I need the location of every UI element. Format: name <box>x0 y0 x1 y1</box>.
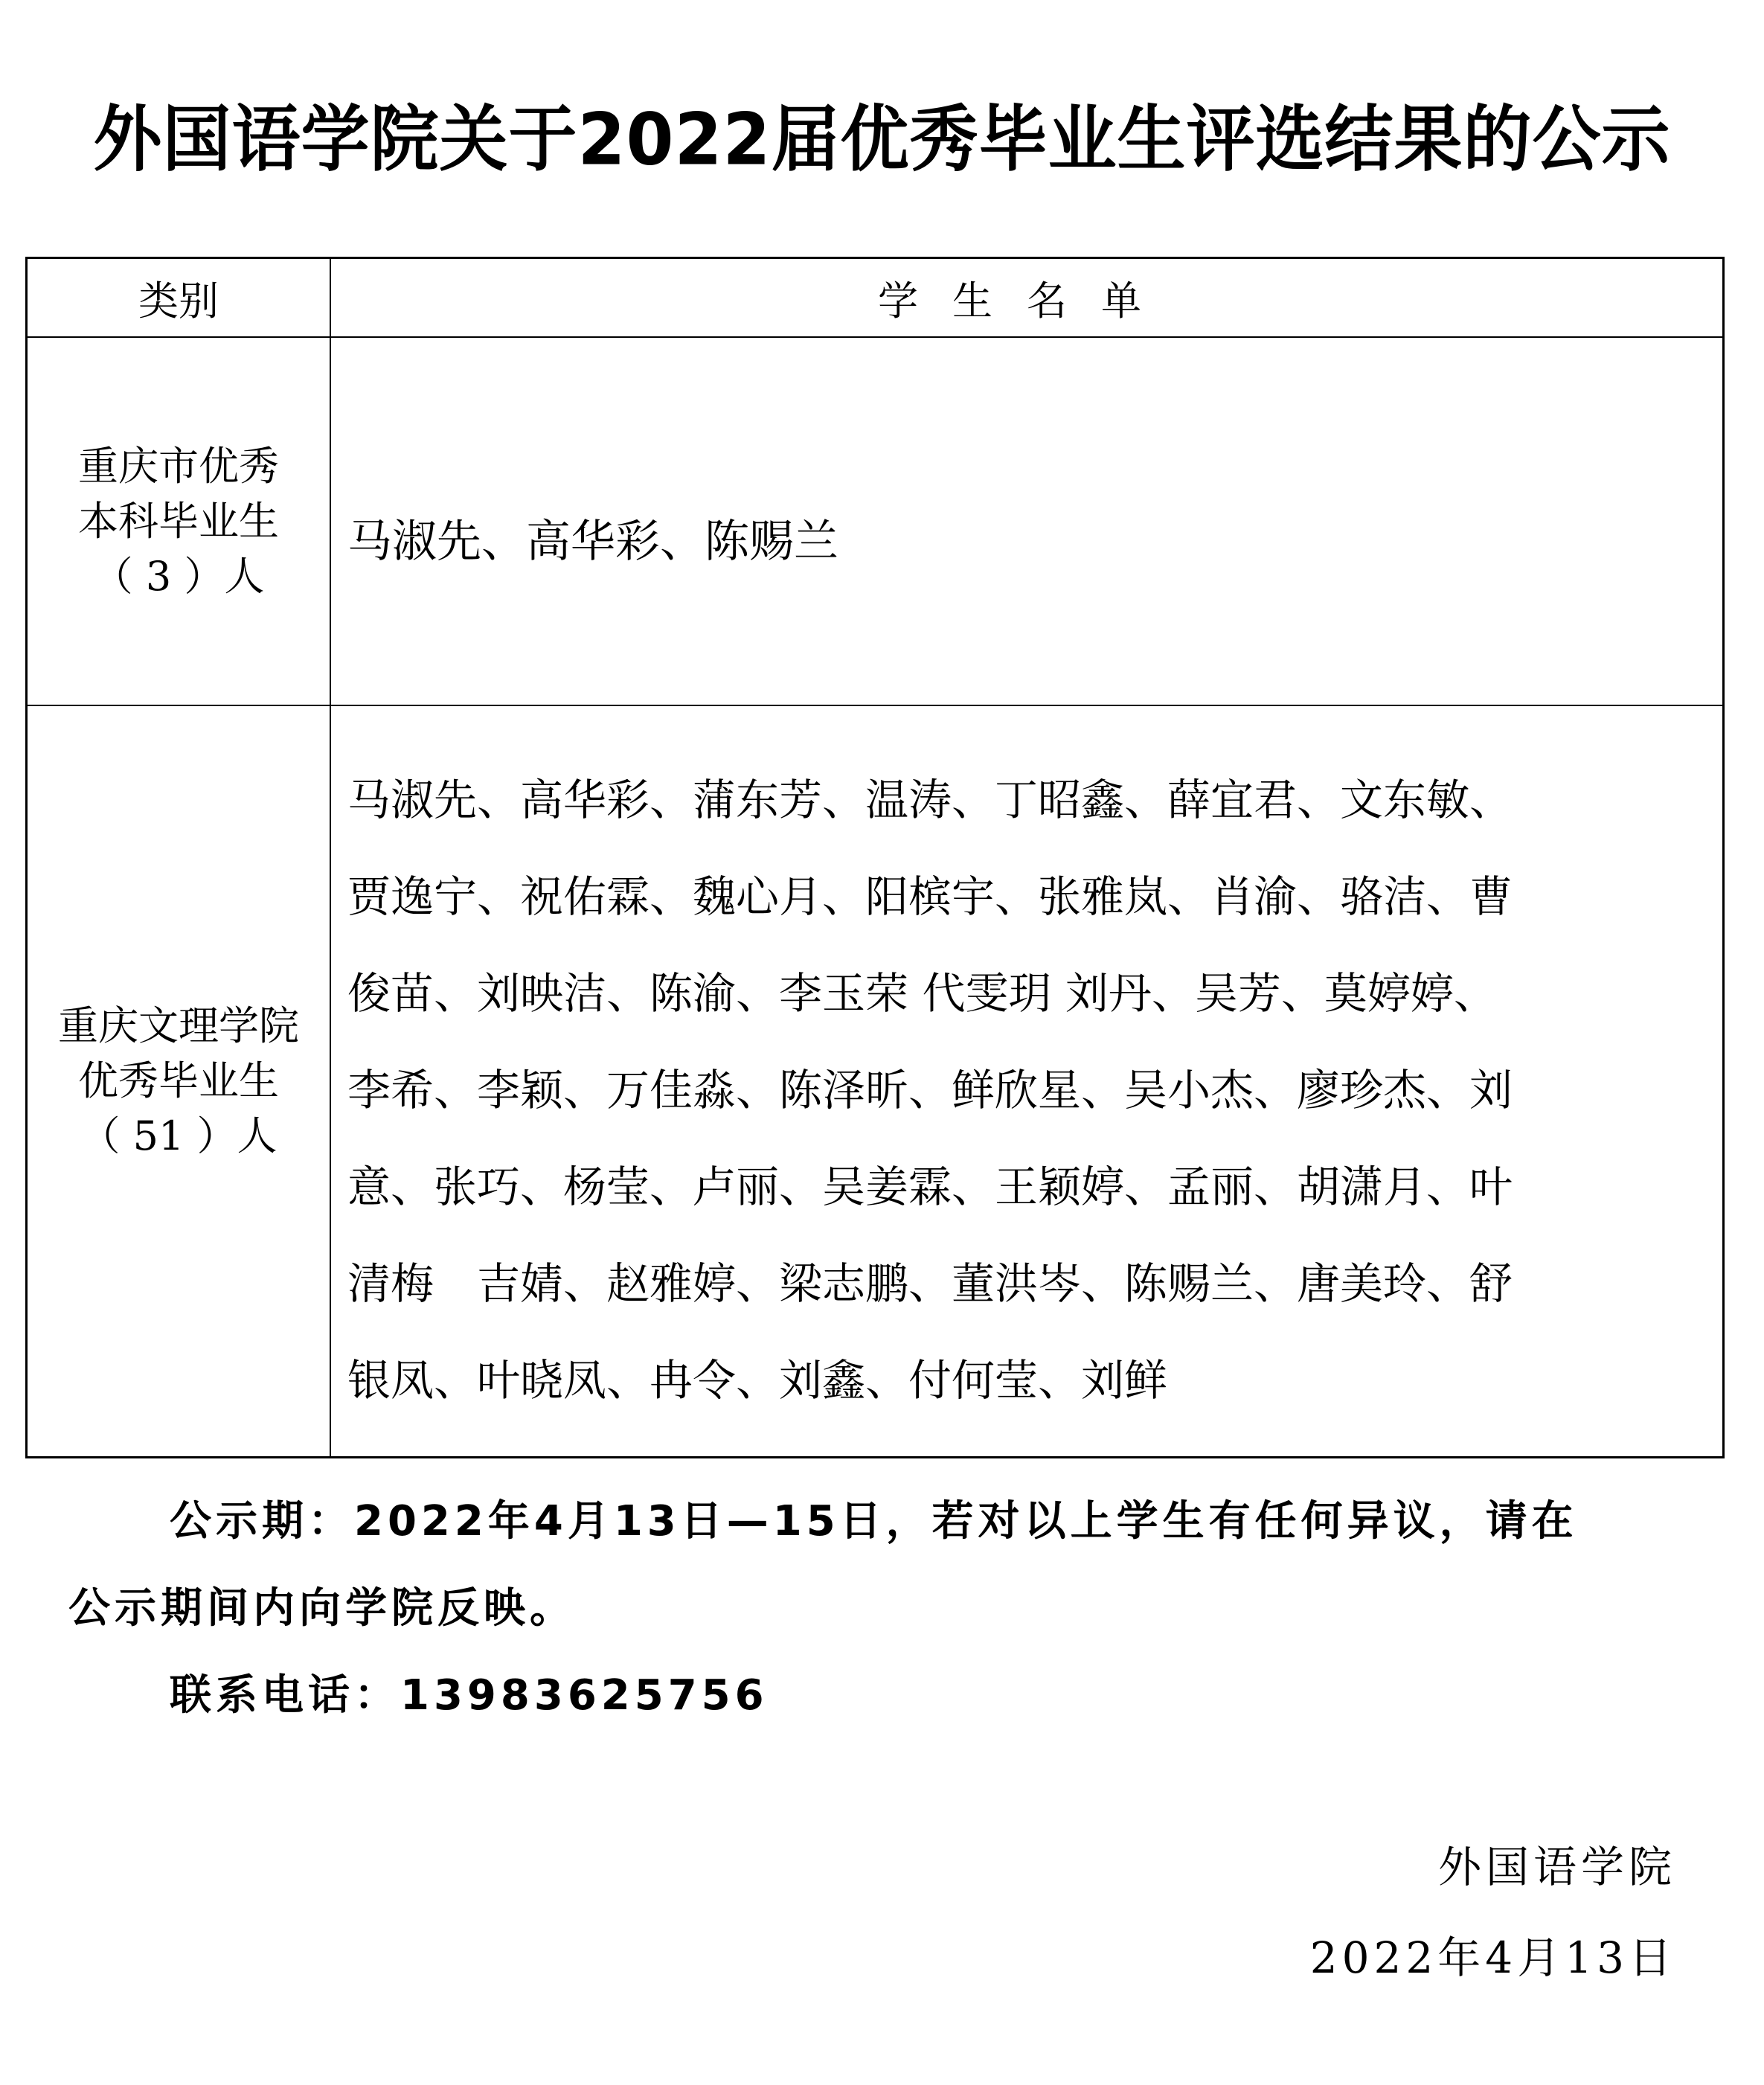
signature-org: 外国语学院 <box>1438 1832 1676 1895</box>
names-line: 李希、李颖、万佳淼、陈泽昕、鲜欣星、吴小杰、廖珍杰、刘 <box>347 1042 1693 1138</box>
names-line: 马淑先、高华彩、陈赐兰 <box>347 512 838 571</box>
page-title: 外国语学院关于2022届优秀毕业生评选结果的公示 <box>0 93 1764 187</box>
names-line: 银凤、叶晓凤、冉令、刘鑫、付何莹、刘鲜 <box>347 1332 1693 1429</box>
names-line: 马淑先、高华彩、蒲东芳、温涛、丁昭鑫、薛宜君、文东敏、 <box>347 752 1693 848</box>
category-line: （ 51 ）人 <box>80 1109 277 1164</box>
category-line: 优秀毕业生 <box>78 1054 279 1109</box>
column-divider <box>330 259 331 1456</box>
names-line: 俊苗、刘映洁、陈渝、李玉荣 代雯玥 刘丹、吴芳、莫婷婷、 <box>347 945 1693 1042</box>
names-line: 贾逸宁、祝佑霖、魏心月、阳槟宇、张雅岚、肖渝、骆洁、曹 <box>347 848 1693 945</box>
row-category-municipal: 重庆市优秀 本科毕业生 （ 3 ）人 <box>28 338 330 705</box>
row-category-college: 重庆文理学院 优秀毕业生 （ 51 ）人 <box>28 706 330 1456</box>
category-line: 重庆市优秀 <box>78 439 279 494</box>
header-student-list: 学生名单 <box>331 259 1722 336</box>
category-line: （ 3 ）人 <box>93 549 265 604</box>
notice-period-cont: 公示期间内向学院反映。 <box>68 1575 576 1635</box>
names-line: 清梅 吉婧、赵雅婷、梁志鹏、董洪岑、陈赐兰、唐美玲、舒 <box>347 1235 1693 1332</box>
header-category: 类别 <box>28 259 330 336</box>
notice-period: 公示期：2022年4月13日—15日，若对以上学生有任何异议，请在 <box>170 1488 1578 1548</box>
row-names-college: 马淑先、高华彩、蒲东芳、温涛、丁昭鑫、薛宜君、文东敏、 贾逸宁、祝佑霖、魏心月、… <box>347 752 1693 1429</box>
signature-date: 2022年4月13日 <box>1310 1923 1676 1985</box>
names-line: 意、张巧、杨莹、卢丽、吴姜霖、王颖婷、孟丽、胡潇月、叶 <box>347 1138 1693 1235</box>
results-table: 类别 学生名单 重庆市优秀 本科毕业生 （ 3 ）人 马淑先、高华彩、陈赐兰 重… <box>25 257 1725 1458</box>
row-names-municipal: 马淑先、高华彩、陈赐兰 <box>347 512 838 571</box>
category-line: 重庆文理学院 <box>58 999 299 1054</box>
category-line: 本科毕业生 <box>78 494 279 549</box>
contact-phone: 联系电话：13983625756 <box>170 1662 769 1722</box>
